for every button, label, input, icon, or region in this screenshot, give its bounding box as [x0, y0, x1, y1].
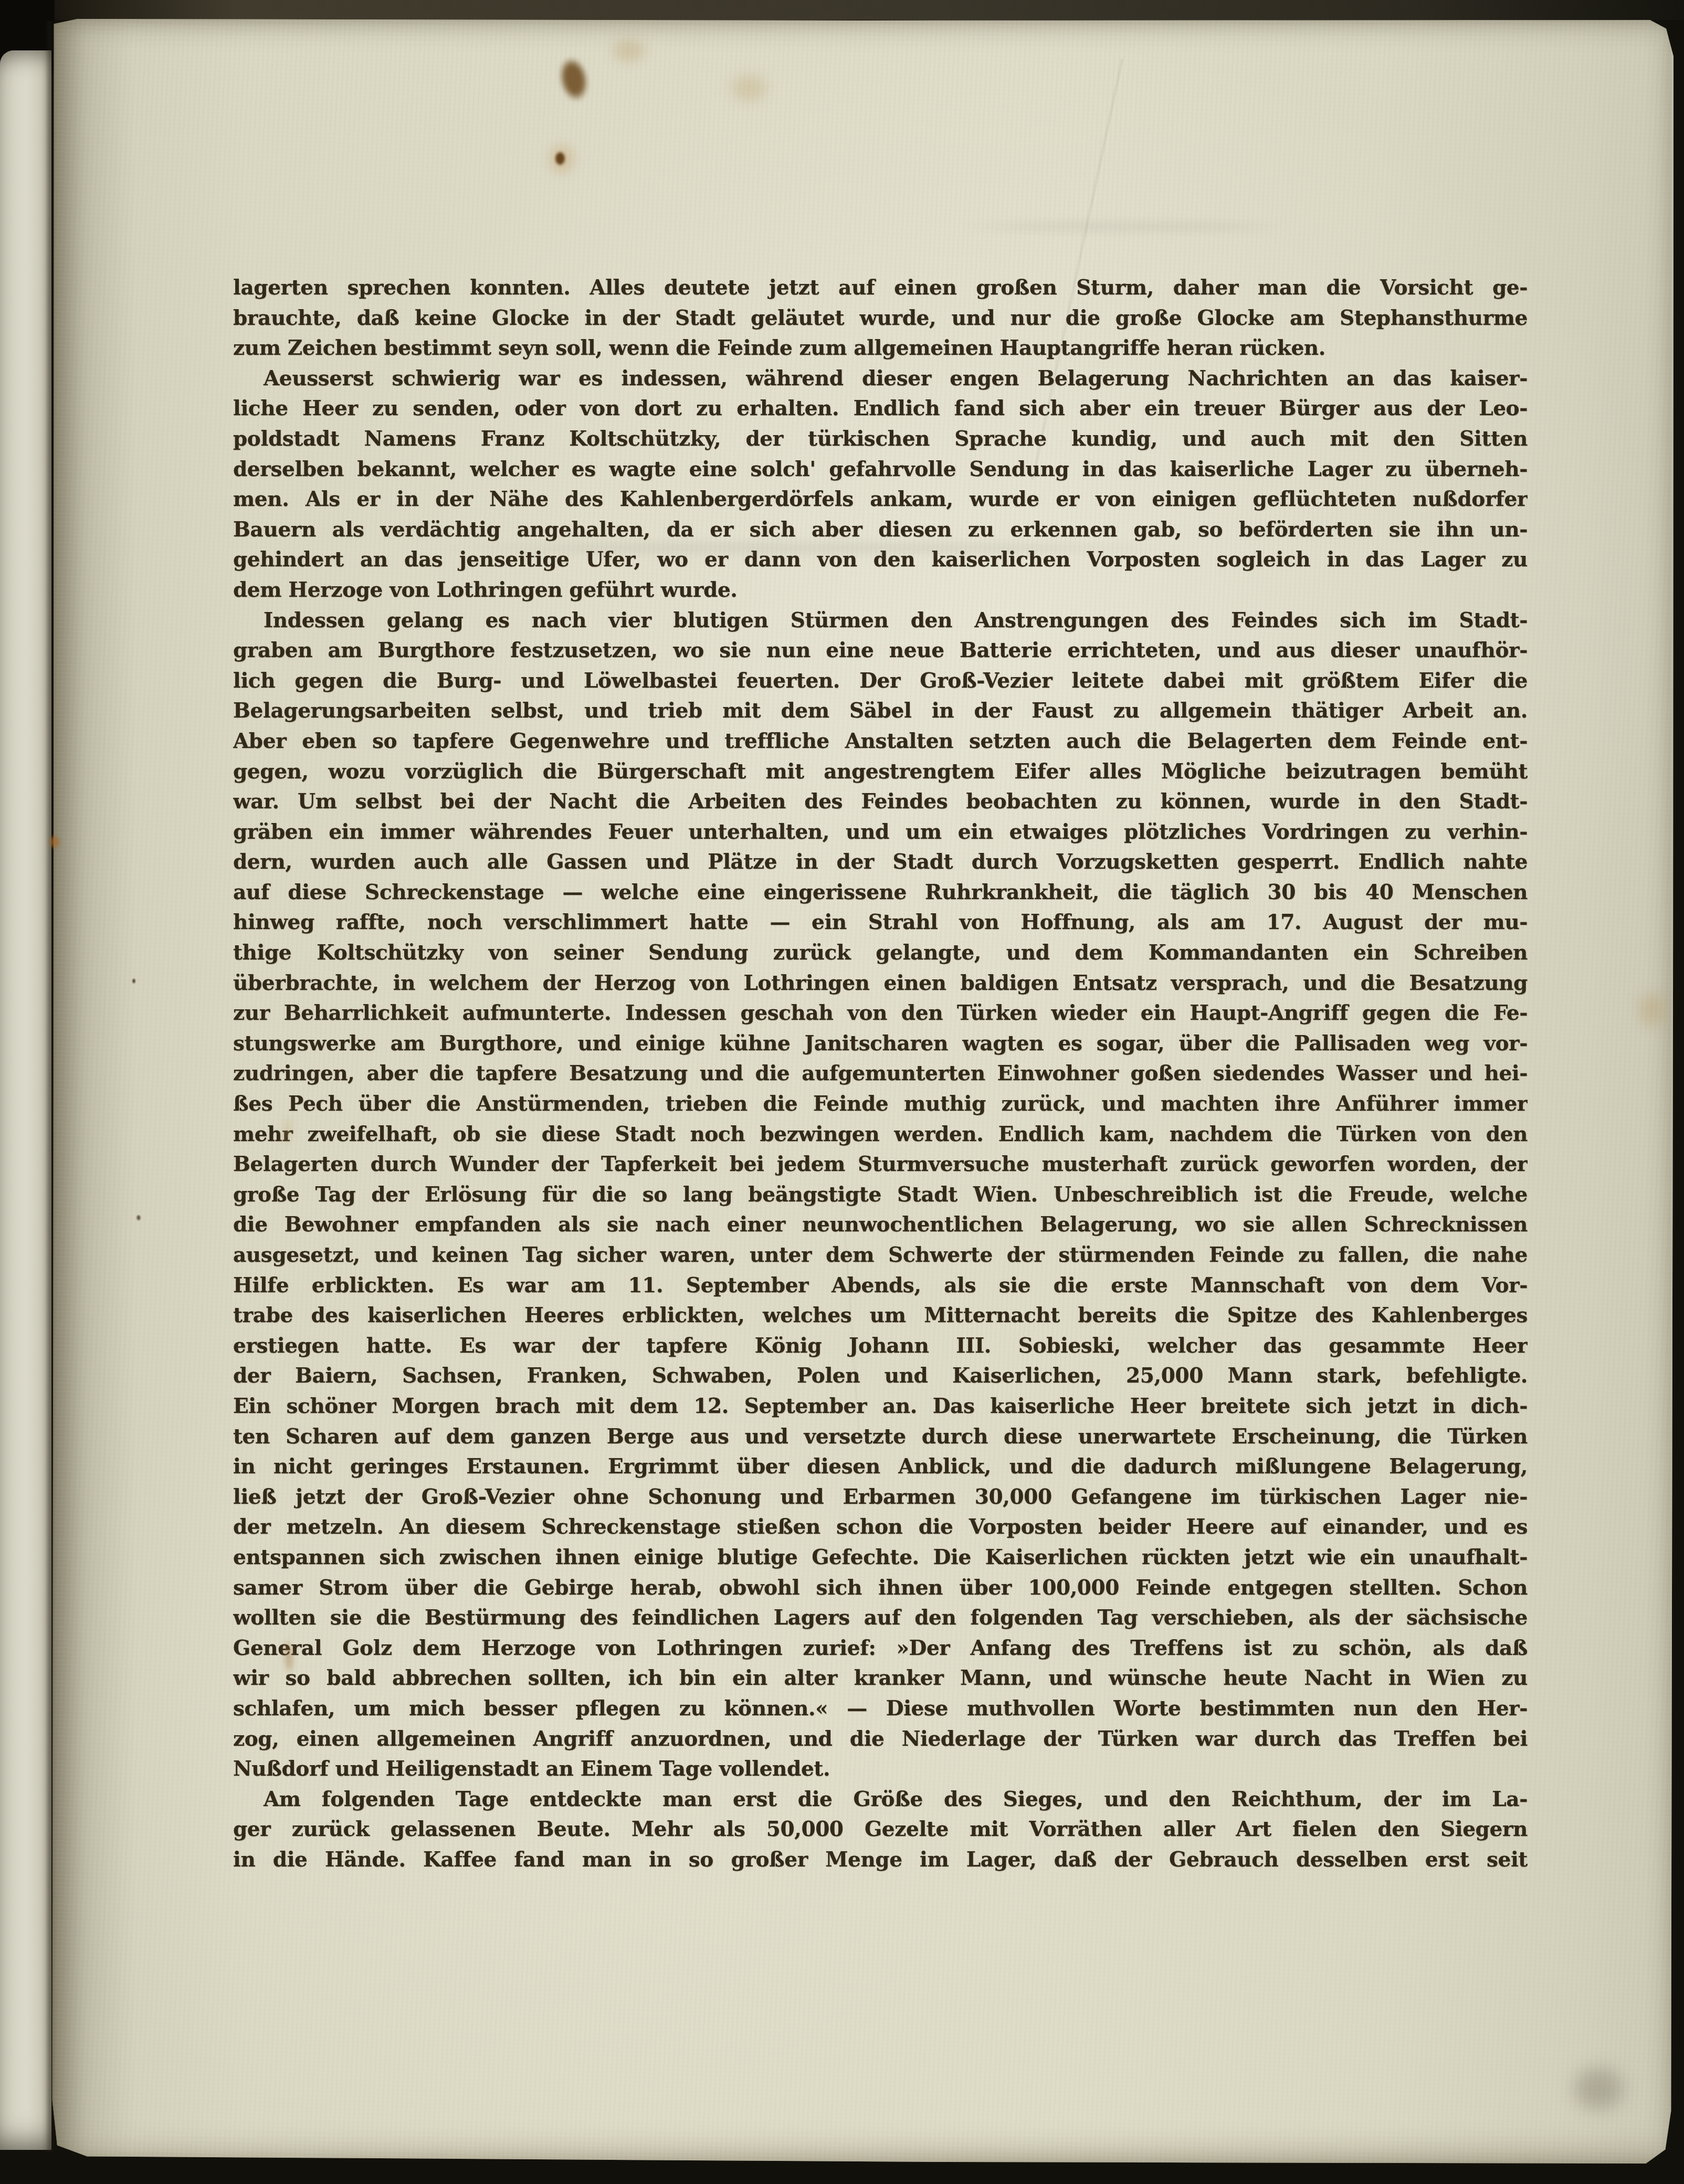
text-line: gegen, wozu vorzüglich die Bürgerschaft …	[233, 757, 1528, 787]
text-line: derselben bekannt, welcher es wagte eine…	[233, 455, 1528, 485]
text-line: mehr zweifelhaft, ob sie diese Stadt noc…	[233, 1120, 1528, 1150]
scan-background-top	[0, 0, 1684, 20]
text-line: schlafen, um mich besser pflegen zu könn…	[233, 1694, 1528, 1724]
text-line: die Bewohner empfanden als sie nach eine…	[233, 1210, 1528, 1240]
text-line: hinweg raffte, noch verschlimmert hatte …	[233, 908, 1528, 938]
text-line: entspannen sich zwischen ihnen einige bl…	[233, 1543, 1528, 1573]
text-line: lagerten sprechen konnten. Alles deutete…	[233, 273, 1528, 303]
paragraph: Indessen gelang es nach vier blutigen St…	[233, 606, 1528, 1785]
text-line: lich gegen die Burg- und Löwelbastei feu…	[233, 666, 1528, 697]
text-line: Indessen gelang es nach vier blutigen St…	[233, 606, 1528, 636]
text-line: Hilfe erblickten. Es war am 11. Septembe…	[233, 1271, 1528, 1301]
text-line: ließ jetzt der Groß-Vezier ohne Schonung…	[233, 1482, 1528, 1513]
text-line: ger zurück gelassenen Beute. Mehr als 50…	[233, 1814, 1528, 1845]
text-line: auf diese Schreckenstage — welche eine e…	[233, 878, 1528, 908]
text-line: Belagerungsarbeiten selbst, und trieb mi…	[233, 696, 1528, 726]
text-line: in die Hände. Kaffee fand man in so groß…	[233, 1845, 1528, 1875]
text-line: dem Herzoge von Lothringen geführt wurde…	[233, 575, 1528, 606]
text-line: zudringen, aber die tapfere Besatzung un…	[233, 1059, 1528, 1089]
text-line: Belagerten durch Wunder der Tapferkeit b…	[233, 1149, 1528, 1180]
text-line: Aber eben so tapfere Gegenwehre und tref…	[233, 726, 1528, 757]
text-line: erstiegen hatte. Es war der tapfere Köni…	[233, 1331, 1528, 1362]
paragraph: lagerten sprechen konnten. Alles deutete…	[233, 273, 1528, 364]
text-line: ten Scharen auf dem ganzen Berge aus und…	[233, 1422, 1528, 1452]
text-line: Ein schöner Morgen brach mit dem 12. Sep…	[233, 1391, 1528, 1422]
paragraph: Am folgenden Tage entdeckte man erst die…	[233, 1785, 1528, 1875]
text-line: brauchte, daß keine Glocke in der Stadt …	[233, 303, 1528, 334]
text-line: gehindert an das jenseitige Ufer, wo er …	[233, 545, 1528, 575]
text-line: samer Strom über die Gebirge herab, obwo…	[233, 1573, 1528, 1603]
book-page: lagerten sprechen konnten. Alles deutete…	[51, 18, 1674, 2165]
text-line: der metzeln. An diesem Schreckenstage st…	[233, 1512, 1528, 1543]
text-line: liche Heer zu senden, oder von dort zu e…	[233, 394, 1528, 424]
text-line: zum Zeichen bestimmt seyn soll, wenn die…	[233, 333, 1528, 364]
text-line: Bauern als verdächtig angehalten, da er …	[233, 515, 1528, 545]
scanned-book-photo: lagerten sprechen konnten. Alles deutete…	[0, 0, 1684, 2184]
text-line: wollten sie die Bestürmung des feindlich…	[233, 1603, 1528, 1633]
text-line: graben am Burgthore festzusetzen, wo sie…	[233, 636, 1528, 666]
text-block: lagerten sprechen konnten. Alles deutete…	[233, 273, 1528, 1875]
text-line: in nicht geringes Erstaunen. Ergrimmt üb…	[233, 1452, 1528, 1482]
text-line: men. Als er in der Nähe des Kahlenberger…	[233, 484, 1528, 515]
text-line: stungswerke am Burgthore, und einige küh…	[233, 1029, 1528, 1059]
text-line: überbrachte, in welchem der Herzog von L…	[233, 968, 1528, 999]
text-line: dern, wurden auch alle Gassen und Plätze…	[233, 847, 1528, 878]
text-line: zur Beharrlichkeit aufmunterte. Indessen…	[233, 998, 1528, 1029]
text-line: zog, einen allgemeinen Angriff anzuordne…	[233, 1724, 1528, 1755]
text-line: Aeusserst schwierig war es indessen, wäh…	[233, 364, 1528, 394]
text-line: trabe des kaiserlichen Heeres erblickten…	[233, 1301, 1528, 1331]
text-line: wir so bald abbrechen sollten, ich bin e…	[233, 1663, 1528, 1694]
text-line: Nußdorf und Heiligenstadt an Einem Tage …	[233, 1754, 1528, 1785]
paragraph: Aeusserst schwierig war es indessen, wäh…	[233, 364, 1528, 606]
text-line: war. Um selbst bei der Nacht die Arbeite…	[233, 787, 1528, 817]
facing-page-edge	[0, 50, 51, 2150]
text-line: ßes Pech über die Anstürmenden, trieben …	[233, 1089, 1528, 1120]
text-line: große Tag der Erlösung für die so lang b…	[233, 1180, 1528, 1210]
text-line: ausgesetzt, und keinen Tag sicher waren,…	[233, 1240, 1528, 1271]
text-line: poldstadt Namens Franz Koltschützky, der…	[233, 424, 1528, 455]
text-line: General Golz dem Herzoge von Lothringen …	[233, 1633, 1528, 1664]
text-line: der Baiern, Sachsen, Franken, Schwaben, …	[233, 1361, 1528, 1391]
text-line: thige Koltschützky von seiner Sendung zu…	[233, 938, 1528, 968]
text-line: gräben ein immer währendes Feuer unterha…	[233, 817, 1528, 848]
text-line: Am folgenden Tage entdeckte man erst die…	[233, 1785, 1528, 1815]
